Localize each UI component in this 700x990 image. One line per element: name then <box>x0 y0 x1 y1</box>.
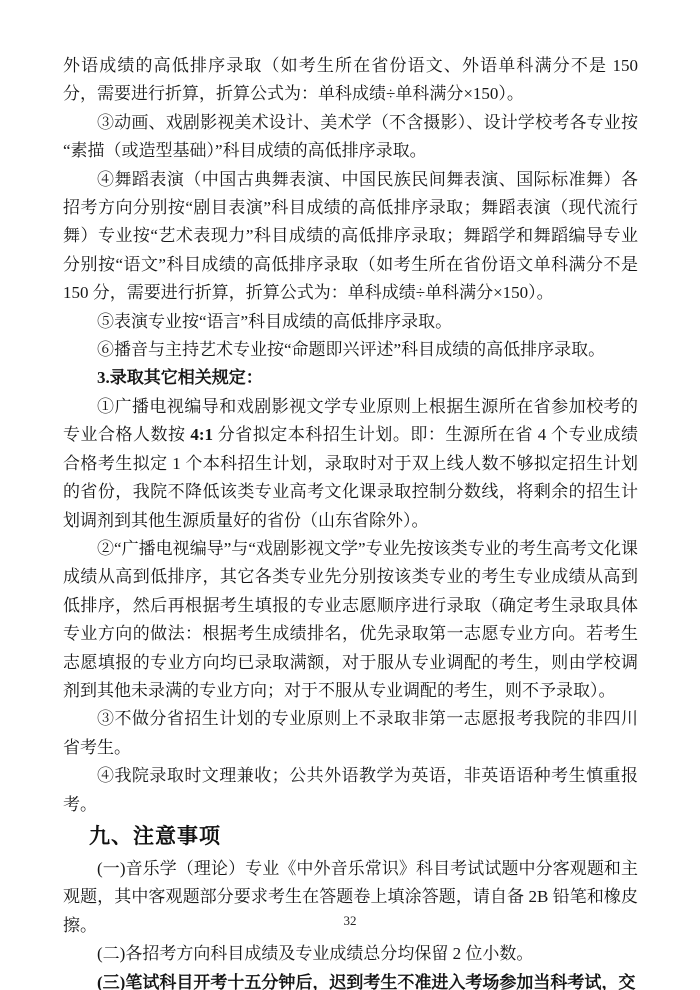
section-heading-notes: 九、注意事项 <box>63 820 638 854</box>
other-rule-2: ②“广播电视编导”与“戏剧影视文学”专业先按该类专业的考生高考文化课成绩从高到低… <box>63 535 638 705</box>
paragraph-continuation: 外语成绩的高低排序录取（如考生所在省份语文、外语单科满分不是 150 分，需要进… <box>63 52 638 109</box>
other-rule-1: ①广播电视编导和戏剧影视文学专业原则上根据生源所在省参加校考的专业合格人数按 4… <box>63 393 638 535</box>
rule-item-3-animation: ③动画、戏剧影视美术设计、美术学（不含摄影）、设计学校考各专业按“素描（或造型基… <box>63 109 638 166</box>
rule-item-6-broadcasting: ⑥播音与主持艺术专业按“命题即兴评述”科目成绩的高低排序录取。 <box>63 336 638 364</box>
other-rule-3: ③不做分省招生计划的专业原则上不录取非第一志愿报考我院的非四川省考生。 <box>63 705 638 762</box>
rule-item-4-dance: ④舞蹈表演（中国古典舞表演、中国民族民间舞表演、国际标准舞）各招考方向分别按“剧… <box>63 166 638 308</box>
other-rule-1-ratio: 4:1 <box>190 425 213 444</box>
rule-item-5-acting: ⑤表演专业按“语言”科目成绩的高低排序录取。 <box>63 308 638 336</box>
note-item-2: (二)各招考方向科目成绩及专业成绩总分均保留 2 位小数。 <box>63 940 638 968</box>
other-rule-4: ④我院录取时文理兼收；公共外语教学为英语，非英语语种考生慎重报考。 <box>63 762 638 819</box>
page-number: 32 <box>0 913 700 929</box>
note-item-3: (三)笔试科目开考十五分钟后，迟到考生不准进入考场参加当科考试，交 <box>63 969 638 990</box>
document-page: 外语成绩的高低排序录取（如考生所在省份语文、外语单科满分不是 150 分，需要进… <box>0 0 700 990</box>
other-rules-title: 3.录取其它相关规定： <box>63 364 638 392</box>
